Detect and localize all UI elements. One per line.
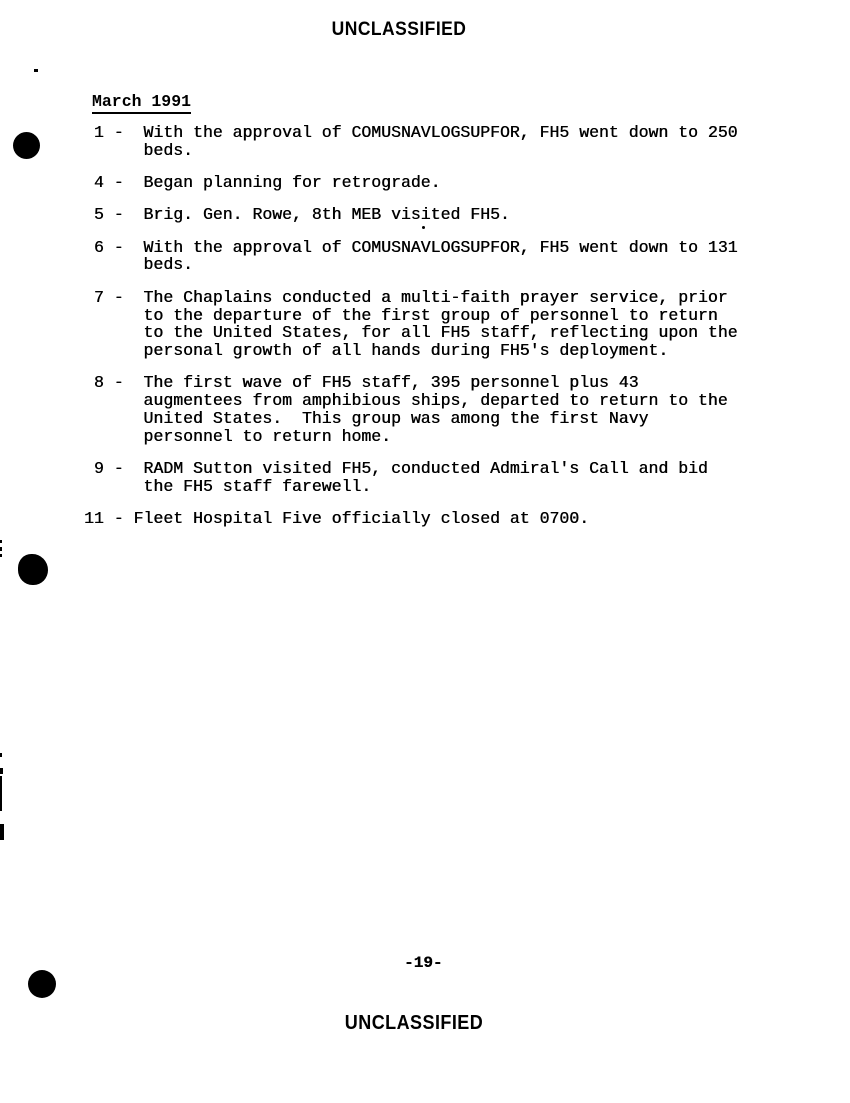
- hole-punch-mark: [18, 554, 48, 585]
- hole-punch-mark: [28, 970, 56, 998]
- entry-list: 1 - With the approval of COMUSNAVLOGSUPF…: [84, 124, 738, 543]
- scan-artifact-mark: [0, 768, 3, 774]
- entry-continuation-line: United States. This group was among the …: [84, 410, 738, 428]
- entry-first-line: 8 - The first wave of FH5 staff, 395 per…: [84, 374, 738, 392]
- document-page: UNCLASSIFIED March 1991 1 - With the app…: [0, 0, 850, 1103]
- scan-artifact-mark: [0, 776, 2, 811]
- log-entry: 1 - With the approval of COMUSNAVLOGSUPF…: [84, 124, 738, 160]
- scan-artifact-mark: [0, 824, 4, 840]
- log-entry: 11 - Fleet Hospital Five officially clos…: [84, 510, 738, 528]
- log-entry: 5 - Brig. Gen. Rowe, 8th MEB visited FH5…: [84, 206, 738, 224]
- section-heading: March 1991: [92, 92, 191, 114]
- scan-artifact-mark: [0, 540, 2, 543]
- entry-continuation-line: the FH5 staff farewell.: [84, 478, 738, 496]
- scan-artifact-mark: [34, 69, 38, 72]
- entry-first-line: 11 - Fleet Hospital Five officially clos…: [84, 510, 738, 528]
- hole-punch-mark: [13, 132, 40, 159]
- entry-first-line: 9 - RADM Sutton visited FH5, conducted A…: [84, 460, 738, 478]
- entry-continuation-line: augmentees from amphibious ships, depart…: [84, 392, 738, 410]
- page-number: -19-: [404, 954, 442, 972]
- classification-banner-bottom: UNCLASSIFIED: [345, 1012, 483, 1035]
- entry-first-line: 7 - The Chaplains conducted a multi-fait…: [84, 289, 738, 307]
- scan-artifact-mark: [0, 554, 2, 557]
- log-entry: 7 - The Chaplains conducted a multi-fait…: [84, 289, 738, 360]
- log-entry: 4 - Began planning for retrograde.: [84, 174, 738, 192]
- log-entry: 8 - The first wave of FH5 staff, 395 per…: [84, 374, 738, 445]
- entry-first-line: 6 - With the approval of COMUSNAVLOGSUPF…: [84, 239, 738, 257]
- entry-continuation-line: beds.: [84, 256, 738, 274]
- classification-banner-top: UNCLASSIFIED: [332, 19, 467, 41]
- entry-first-line: 1 - With the approval of COMUSNAVLOGSUPF…: [84, 124, 738, 142]
- entry-continuation-line: to the departure of the first group of p…: [84, 307, 738, 325]
- entry-continuation-line: personnel to return home.: [84, 428, 738, 446]
- log-entry: 6 - With the approval of COMUSNAVLOGSUPF…: [84, 239, 738, 275]
- entry-first-line: 5 - Brig. Gen. Rowe, 8th MEB visited FH5…: [84, 206, 738, 224]
- scan-artifact-mark: [0, 753, 2, 757]
- log-entry: 9 - RADM Sutton visited FH5, conducted A…: [84, 460, 738, 496]
- entry-continuation-line: to the United States, for all FH5 staff,…: [84, 324, 738, 342]
- entry-continuation-line: beds.: [84, 142, 738, 160]
- entry-continuation-line: personal growth of all hands during FH5'…: [84, 342, 738, 360]
- entry-first-line: 4 - Began planning for retrograde.: [84, 174, 738, 192]
- scan-artifact-mark: [0, 547, 2, 551]
